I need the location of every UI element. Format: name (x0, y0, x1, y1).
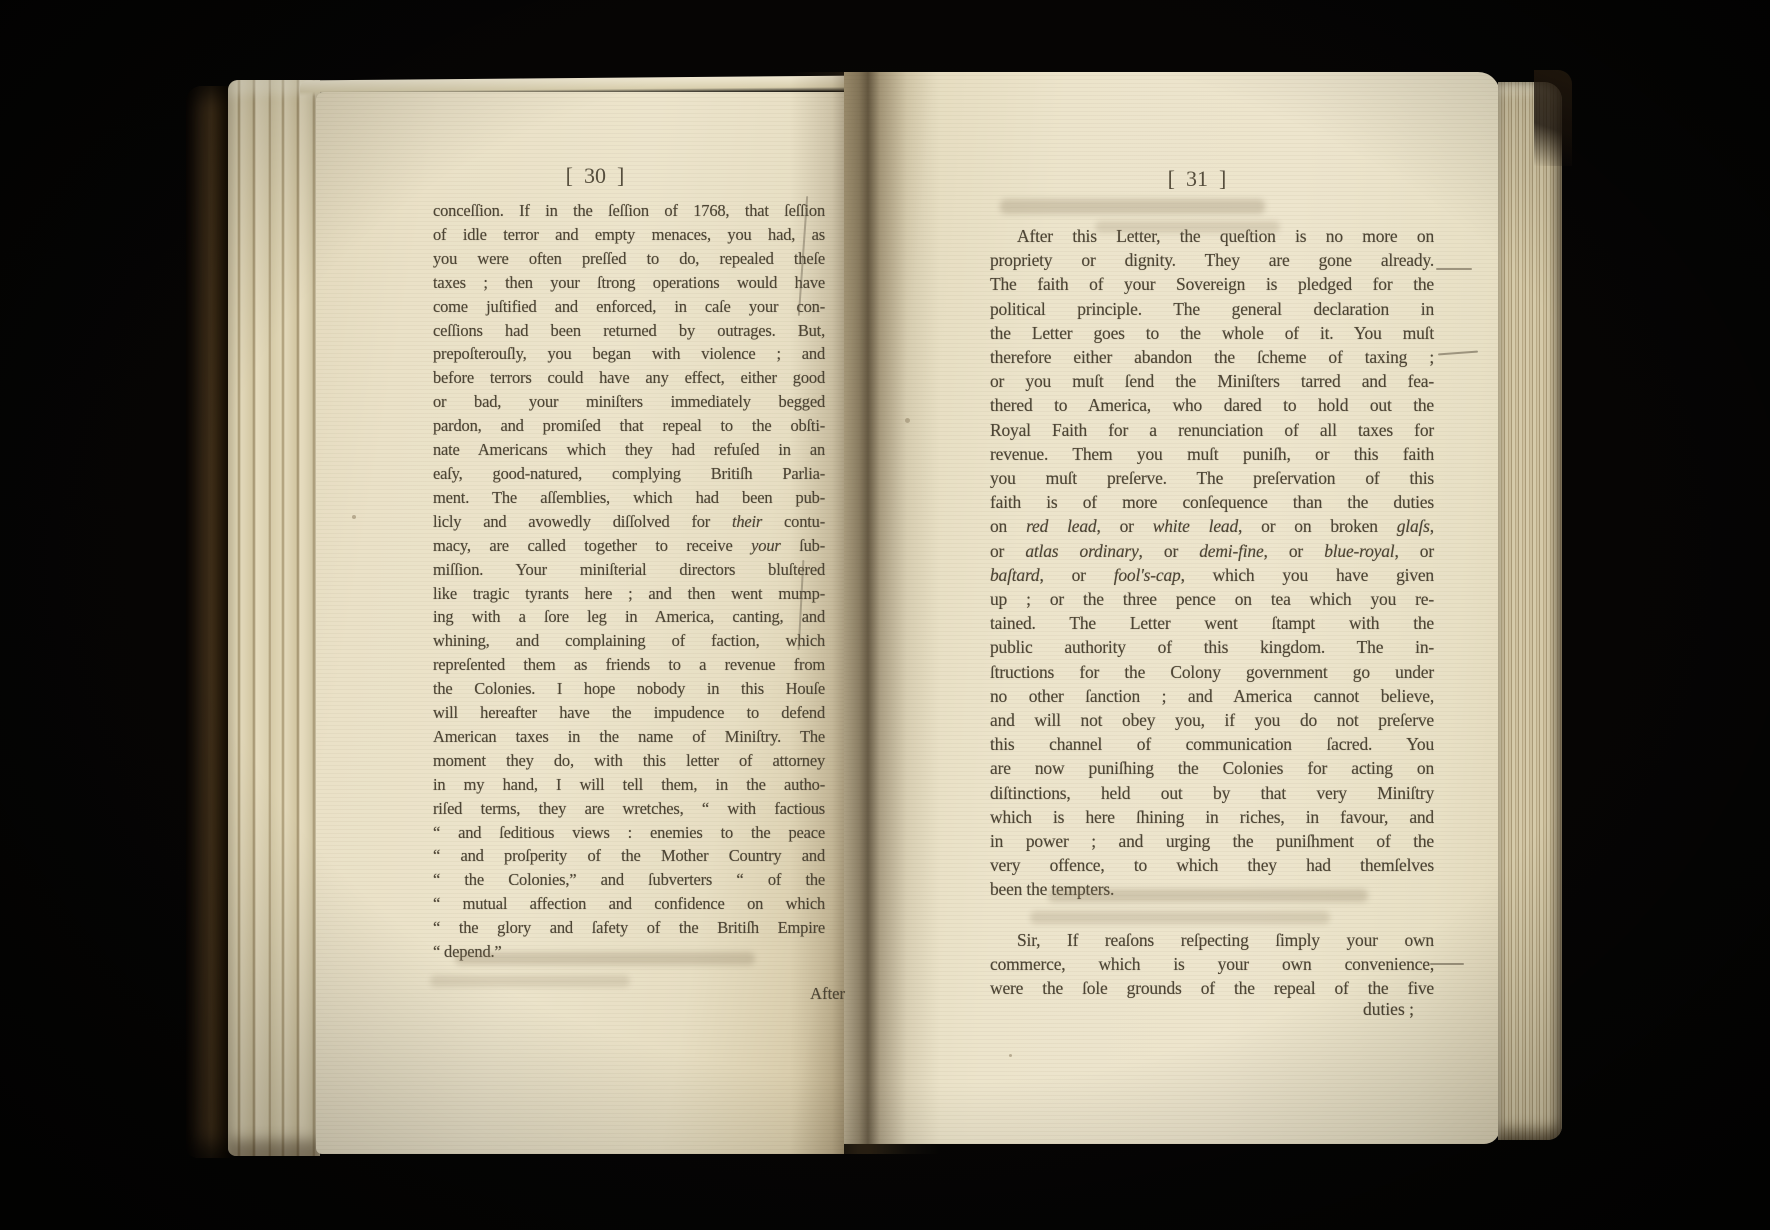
text-line: After this Letter, the queſtion is no mo… (990, 224, 1434, 248)
text-line: licly and avowedly diſſolved for their c… (433, 510, 825, 534)
text-line: “ the Colonies,” and ſubverters “ of the (433, 868, 825, 892)
text-line: you muſt preſerve. The preſervation of t… (990, 466, 1434, 490)
margin-pen-mark (1436, 268, 1472, 270)
paragraph-gap (990, 902, 1434, 928)
text-line: faith is of more conſequence than the du… (990, 490, 1434, 514)
text-line: repreſented them as friends to a revenue… (433, 653, 825, 677)
text-line: American taxes in the name of Miniſtry. … (433, 725, 825, 749)
text-line: no other ſanction ; and America cannot b… (990, 684, 1434, 708)
text-line: thered to America, who dared to hold out… (990, 393, 1434, 417)
text-line: very offence, to which they had themſelv… (990, 853, 1434, 877)
book-cover-right-corner (1534, 70, 1572, 166)
text-line: ſtructions for the Colony government go … (990, 660, 1434, 684)
text-line: nate Americans which they had refuſed in… (433, 438, 825, 462)
text-line: baſtard, or fool's-cap, which you have g… (990, 563, 1434, 587)
text-line: tained. The Letter went ſtampt with the (990, 611, 1434, 635)
margin-pen-mark (1430, 963, 1464, 965)
text-line: been the tempters. (990, 877, 1434, 901)
text-line: “ and ſeditious views : enemies to the p… (433, 821, 825, 845)
text-line: revenue. Them you muſt puniſh, or this f… (990, 442, 1434, 466)
text-line: “ the glory and ſafety of the Britiſh Em… (433, 916, 825, 940)
text-line: you were often preſſed to do, repealed t… (433, 247, 825, 271)
text-line: of idle terror and empty menaces, you ha… (433, 223, 825, 247)
text-line: this channel of communication ſacred. Yo… (990, 732, 1434, 756)
right-page-paragraph-1: After this Letter, the queſtion is no mo… (990, 224, 1434, 902)
text-line: moment they do, with this letter of atto… (433, 749, 825, 773)
text-line: Sir, If reaſons reſpecting ſimply your o… (990, 928, 1434, 952)
text-line: miſſion. Your miniſterial directors bluſ… (433, 558, 825, 582)
text-line: up ; or the three pence on tea which you… (990, 587, 1434, 611)
text-line: in power ; and urging the puniſhment of … (990, 829, 1434, 853)
page-number-header-right: [ 31 ] (975, 166, 1419, 192)
paper-spot (905, 418, 910, 423)
text-line: were the ſole grounds of the repeal of t… (990, 976, 1434, 1000)
text-line: The faith of your Sovereign is pledged f… (990, 272, 1434, 296)
right-fore-edge-pages (1498, 82, 1562, 1140)
text-line: will hereafter have the impudence to def… (433, 701, 825, 725)
text-line: ing with a ſore leg in America, canting,… (433, 605, 825, 629)
text-line: diſtinctions, held out by that very Mini… (990, 781, 1434, 805)
book-cover-left-edge (186, 86, 232, 1158)
text-line: conceſſion. If in the ſeſſion of 1768, t… (433, 199, 825, 223)
text-line: “ and proſperity of the Mother Country a… (433, 844, 825, 868)
text-line: propriety or dignity. They are gone alre… (990, 248, 1434, 272)
text-line: prepoſterouſly, you began with violence … (433, 342, 825, 366)
text-line: and will not obey you, if you do not pre… (990, 708, 1434, 732)
text-line: public authority of this kingdom. The in… (990, 635, 1434, 659)
text-line: “ depend.” (433, 940, 825, 964)
text-line: like tragic tyrants here ; and then went… (433, 582, 825, 606)
text-line: or bad, your miniſters immediately begge… (433, 390, 825, 414)
text-line: the Letter goes to the whole of it. You … (990, 321, 1434, 345)
catchword-left: After (433, 984, 845, 1004)
right-page-text-block: After this Letter, the queſtion is no mo… (990, 224, 1434, 1000)
text-line: ceſſions had been returned by outrages. … (433, 319, 825, 343)
text-line: on red lead, or white lead, or on broken… (990, 514, 1434, 538)
text-line: in my hand, I will tell them, in the aut… (433, 773, 825, 797)
text-line: the Colonies. I hope nobody in this Houſ… (433, 677, 825, 701)
right-page-paragraph-2: Sir, If reaſons reſpecting ſimply your o… (990, 928, 1434, 1001)
text-line: therefore either abandon the ſcheme of t… (990, 345, 1434, 369)
paper-spot (352, 515, 356, 519)
text-line: which is here ſhining in riches, in favo… (990, 805, 1434, 829)
text-line: ment. The aſſemblies, which had been pub… (433, 486, 825, 510)
page-number-header-left: [ 30 ] (400, 163, 790, 189)
text-line: political principle. The general declara… (990, 297, 1434, 321)
text-line: taxes ; then your ſtrong operations woul… (433, 271, 825, 295)
text-line: pardon, and promiſed that repeal to the … (433, 414, 825, 438)
catchword-right: duties ; (990, 999, 1414, 1020)
text-line: before terrors could have any effect, ei… (433, 366, 825, 390)
text-line: macy, are called together to receive you… (433, 534, 825, 558)
text-line: “ mutual affection and confidence on whi… (433, 892, 825, 916)
text-line: Royal Faith for a renunciation of all ta… (990, 418, 1434, 442)
text-line: riſed terms, they are wretches, “ with f… (433, 797, 825, 821)
photo-of-open-book: { "book": { "colors": { "paper": "#ece4c… (0, 0, 1770, 1230)
paper-spot (1009, 1054, 1012, 1057)
text-line: or atlas ordinary, or demi-fine, or blue… (990, 539, 1434, 563)
text-line: commerce, which is your own convenience, (990, 952, 1434, 976)
left-page-stack-edges (228, 80, 320, 1156)
text-line: are now puniſhing the Colonies for actin… (990, 756, 1434, 780)
left-page-text-block: conceſſion. If in the ſeſſion of 1768, t… (433, 199, 825, 964)
text-line: whining, and complaining of faction, whi… (433, 629, 825, 653)
text-line: eaſy, good-natured, complying Britiſh Pa… (433, 462, 825, 486)
text-line: or you muſt ſend the Miniſters tarred an… (990, 369, 1434, 393)
text-line: come juſtified and enforced, in caſe you… (433, 295, 825, 319)
